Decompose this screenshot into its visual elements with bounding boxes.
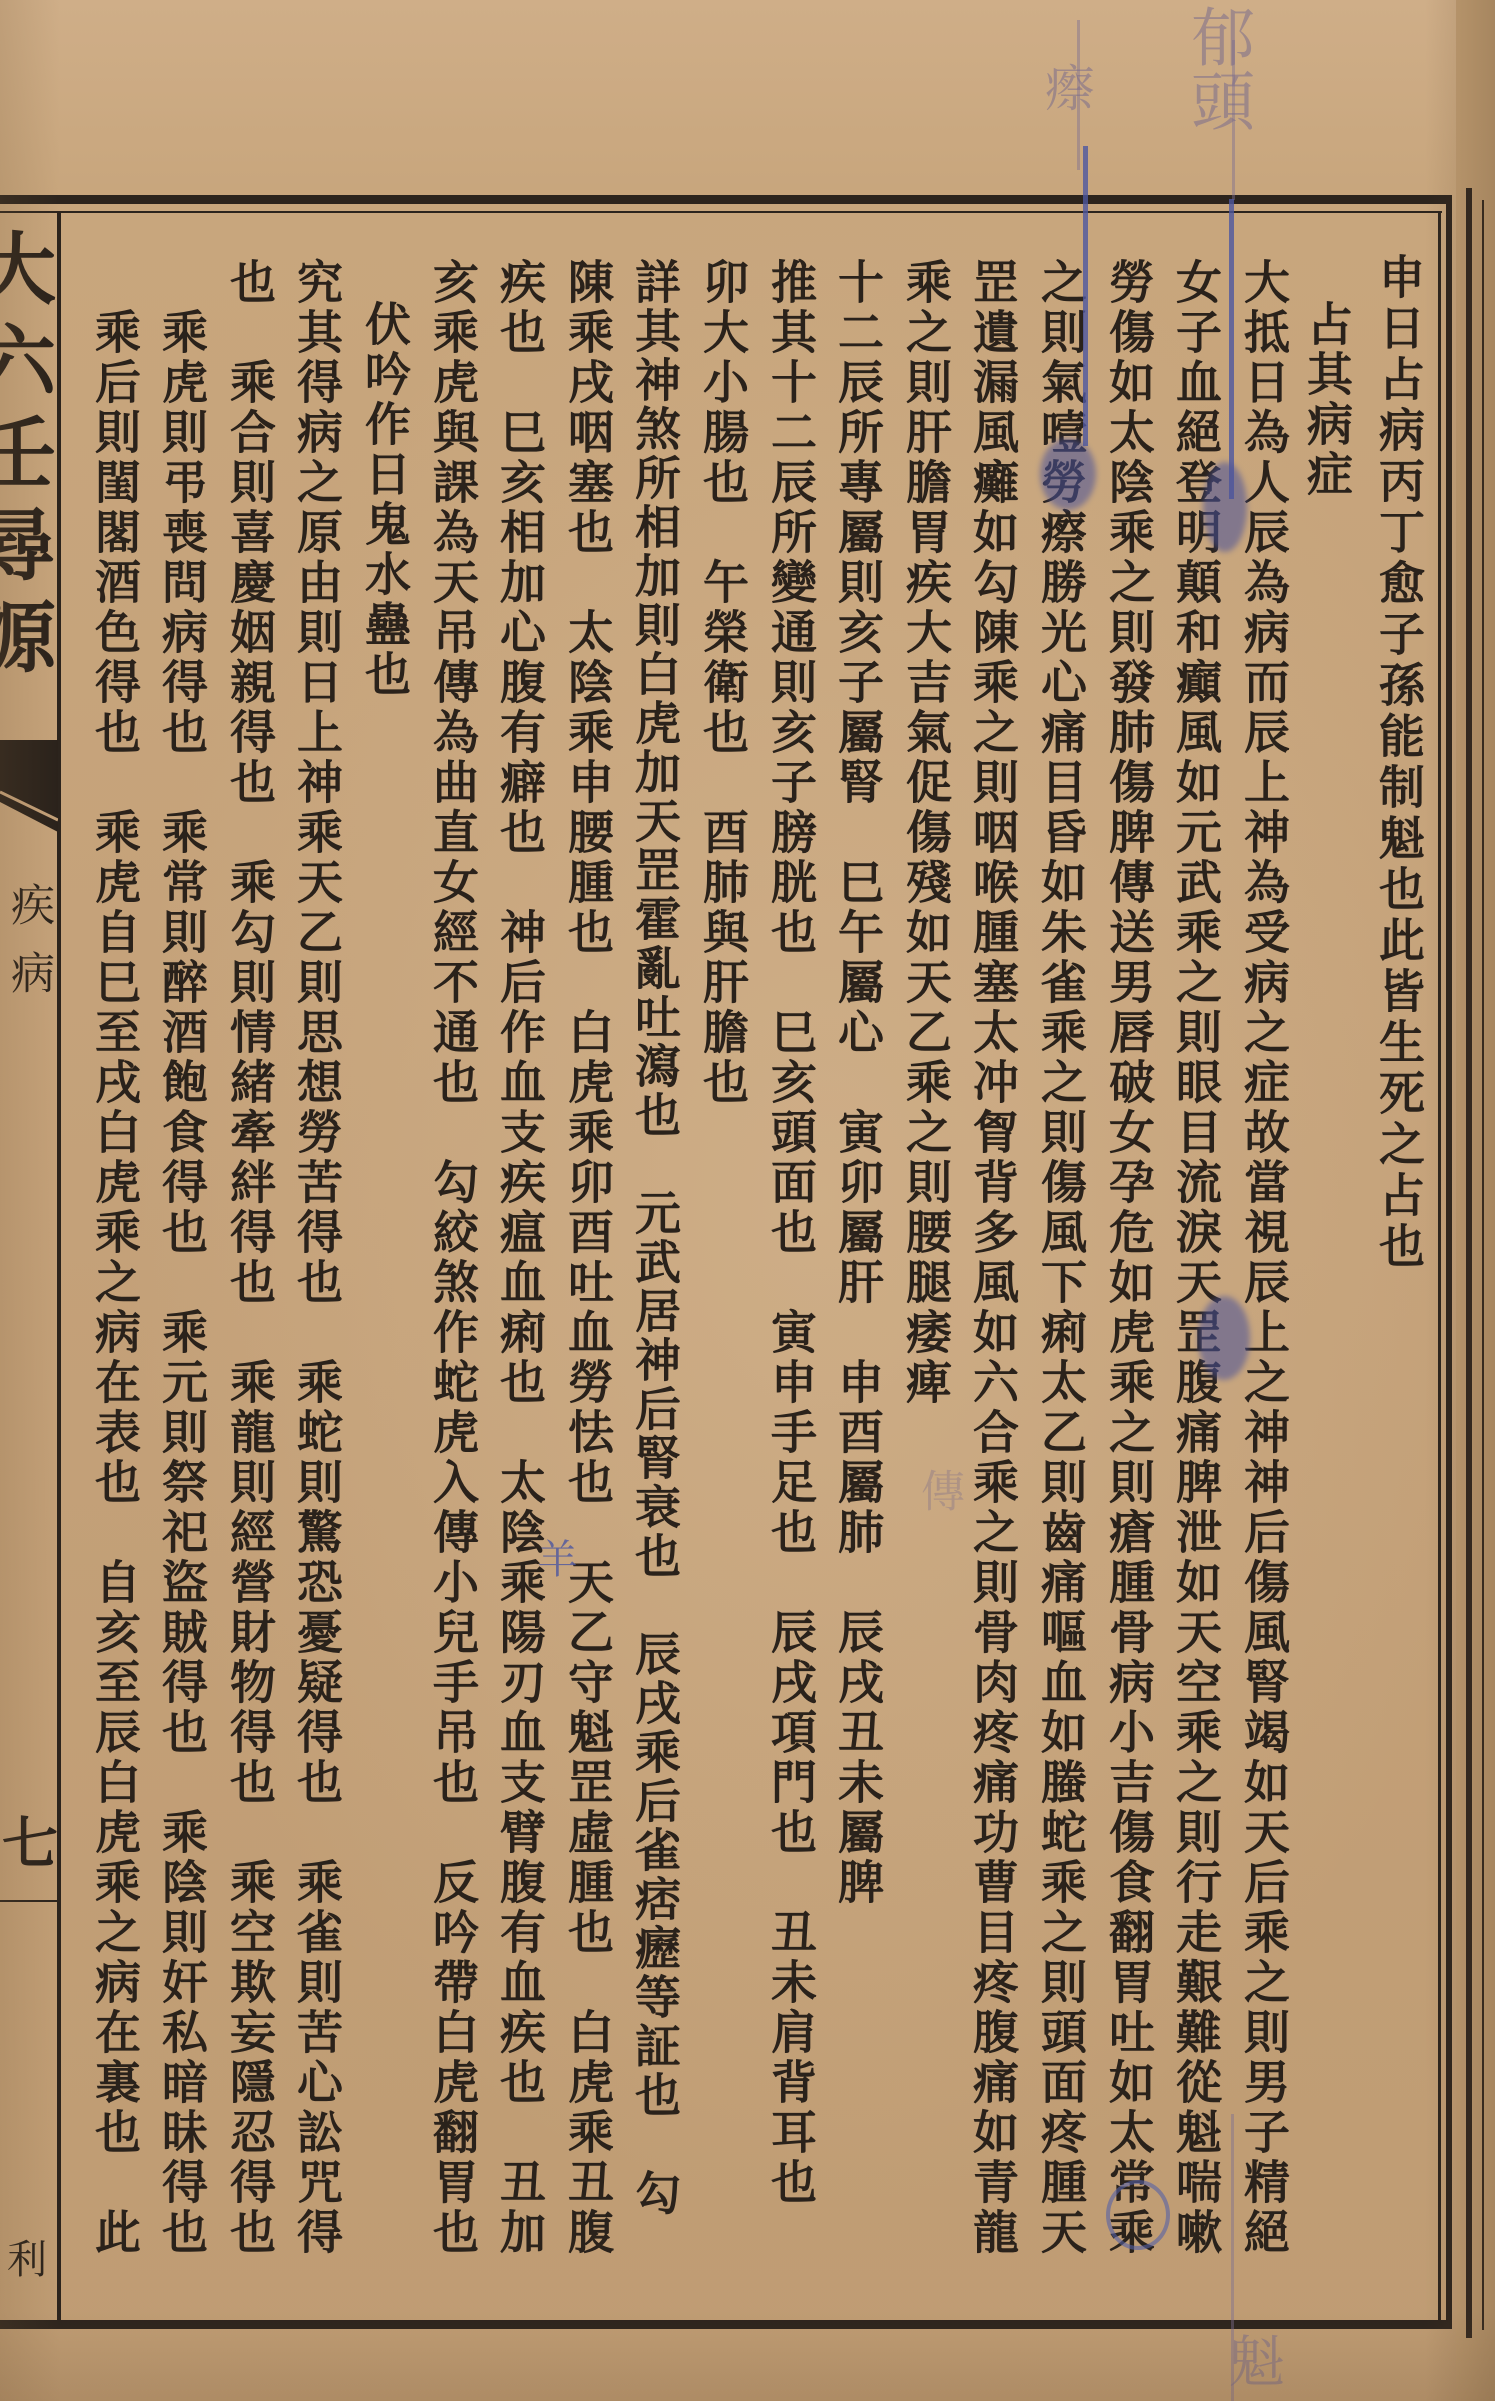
text-column: 申日占病丙丁愈子孫能制魁也此皆生死之占也 bbox=[1369, 253, 1429, 2343]
frame-top-thin bbox=[0, 211, 1442, 213]
text-column: 究其得病之原由則日上神乘天乙則思想勞苦得也 乘蛇則驚恐憂疑得也 乘雀則苦心訟咒得 bbox=[287, 258, 347, 2348]
blue-ink-line bbox=[1083, 146, 1088, 446]
page-number: 七 bbox=[2, 1812, 54, 1882]
text-column: 亥乘虎與課為天吊傳為曲直女經不通也 勾絞煞作蛇虎入傳小兒手吊也 反吟帶白虎翻胃也 bbox=[423, 258, 483, 2348]
text-column: 也 乘合則喜慶姻親得也 乘勾則情緒牽絆得也 乘龍則經營財物得也 乘空欺妄隱忍得也 bbox=[220, 258, 280, 2348]
next-page-frame-line bbox=[1466, 188, 1472, 2338]
blue-ink-blot bbox=[1040, 438, 1096, 510]
text-column: 乘后則閨閣酒色得也 乘虎自巳至戌白虎乘之病在表也 自亥至辰白虎乘之病在裏也 此 bbox=[85, 308, 145, 2398]
text-column: 乘之則肝膽胃疾大吉氣促傷殘如天乙乘之則腰腿痿痺 bbox=[896, 258, 956, 2348]
text-column: 勞傷如太陰乘之則發肺傷脾傳送男唇破女孕危如虎乘之則瘡腫骨病小吉傷食翻胃吐如太常乘 bbox=[1099, 258, 1159, 2348]
frame-right-thin bbox=[1438, 211, 1441, 2323]
section-title: 疾病 bbox=[4, 882, 52, 1022]
text-column: 卯大小腸也 午榮衛也 酉肺與肝膽也 bbox=[693, 258, 753, 2348]
blue-ink-mark: 羊 bbox=[526, 1538, 583, 1578]
handwritten-annotation: 傳 bbox=[906, 1468, 970, 1512]
blue-ink-line bbox=[1229, 199, 1234, 499]
fold-margin-line bbox=[57, 211, 61, 2323]
handwritten-annotation: 郁頭 bbox=[1182, 4, 1252, 132]
text-column: 罡遺漏風癱如勾陳乘之則咽喉腫塞太冲胷背多風如六合乘之則骨肉疼痛功曹目疼腹痛如青龍 bbox=[963, 258, 1023, 2348]
text-column: 疾也 巳亥相加心腹有癖也 神后作血支疾瘟血痢也 太陰乘陽刃血支臂腹有血疾也 丑加 bbox=[490, 258, 550, 2348]
book-title: 大六壬尋源 bbox=[0, 228, 52, 708]
next-page-edge bbox=[1456, 0, 1495, 2401]
text-column: 十二辰所專屬則亥子屬腎 巳午屬心 寅卯屬肝 申酉屬肺 辰戌丑未屬脾 bbox=[828, 258, 888, 2348]
bottom-mark: 利 bbox=[4, 2234, 50, 2290]
fishtail-mark bbox=[0, 740, 58, 840]
blue-ink-smudge bbox=[1198, 1296, 1250, 1380]
handwritten-annotation: 瘵 bbox=[1030, 62, 1102, 112]
handwritten-annotation: 魁 bbox=[1212, 2332, 1292, 2388]
text-column: 推其十二辰所變通則亥子膀胱也 巳亥頭面也 寅申手足也 辰戌項門也 丑未肩背耳也 bbox=[761, 258, 821, 2348]
blue-ink-circle bbox=[1106, 2180, 1170, 2250]
heading-column: 占其病症 bbox=[1297, 300, 1357, 2390]
text-column: 伏吟作日鬼水蠱也 bbox=[355, 300, 415, 2390]
text-column: 大抵日為人辰為病而辰上神為受病之症故當視辰上之神神后傷風腎竭如天后乘之則男子精絕 bbox=[1234, 258, 1294, 2348]
margin-divider bbox=[0, 1900, 58, 1902]
text-column: 陳乘戌咽塞也 太陰乘申腰腫也 白虎乘卯酉吐血勞怯也 天乙守魁罡虛腫也 白虎乘丑腹 bbox=[558, 258, 618, 2348]
text-column: 詳其神煞所相加則白虎加天罡霍亂吐瀉也 元武居神后腎衰也 辰戌乘后雀痞癧等証也 勾 bbox=[625, 258, 685, 2348]
text-column: 乘虎則弔喪問病得也 乘常則醉酒飽食得也 乘元則祭祀盜賊得也 乘陰則奸私暗昧得也 bbox=[152, 308, 212, 2398]
blue-ink-blot bbox=[1203, 462, 1247, 552]
next-page-frame-line-thin bbox=[1482, 200, 1484, 2330]
text-column: 之則氣噎勞瘵勝光心痛目昏如朱雀乘之則傷風下痢太乙則齒痛嘔血如螣蛇乘之則頭面疼腫天 bbox=[1031, 258, 1091, 2348]
frame-right-thick bbox=[1446, 195, 1452, 2329]
